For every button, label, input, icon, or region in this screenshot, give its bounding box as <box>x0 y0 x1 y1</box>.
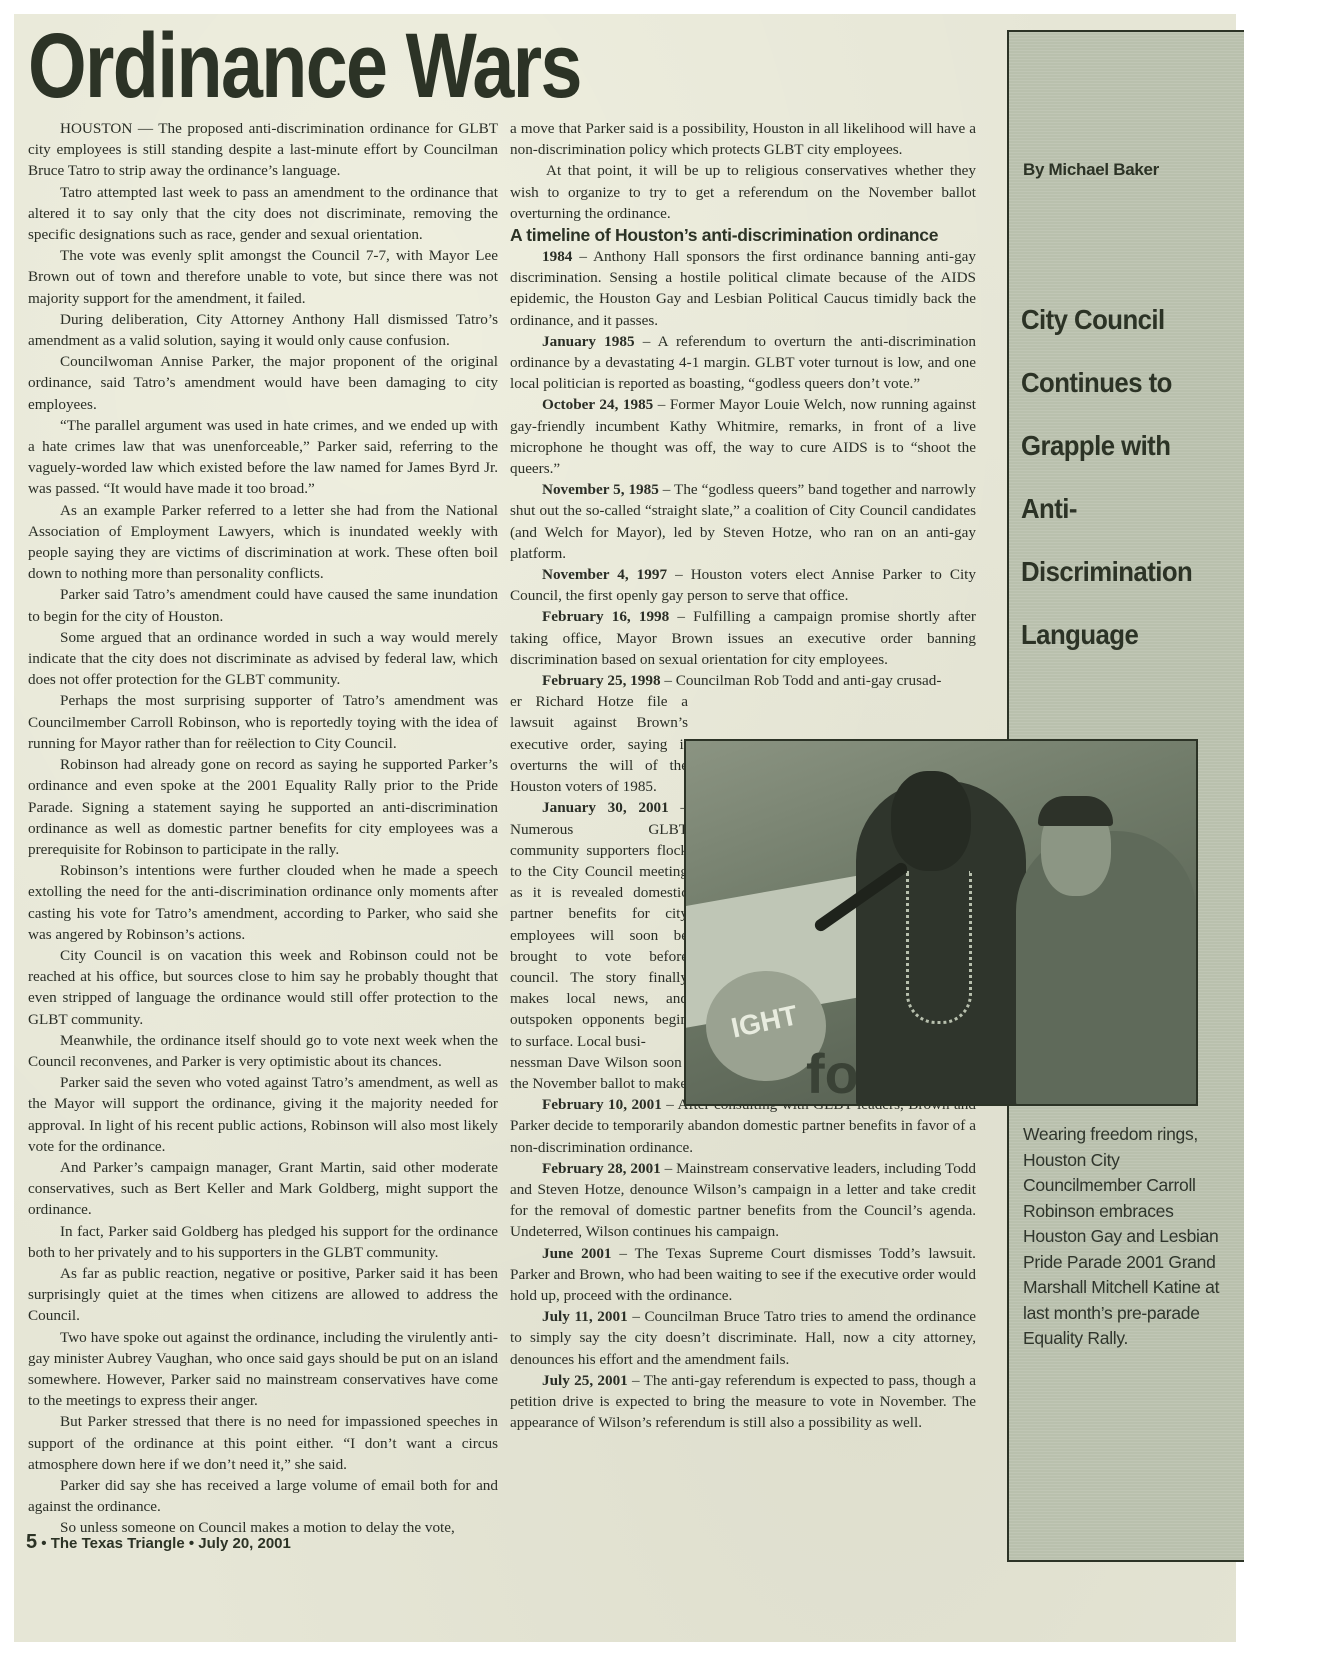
timeline-entry: February 25, 1998 – Councilman Rob Todd … <box>510 670 976 691</box>
person-right-hair <box>1038 796 1113 826</box>
subheadline-line: Language <box>1021 603 1233 666</box>
paragraph: At that point, it will be up to religiou… <box>510 160 976 224</box>
subheadline-line: Continues to <box>1021 351 1233 414</box>
timeline-date: November 5, 1985 <box>542 481 659 498</box>
byline: By Michael Baker <box>1023 160 1159 180</box>
timeline-entry: July 25, 2001 – The anti-gay referendum … <box>510 1370 976 1434</box>
newspaper-page: Ordinance Wars HOUSTON — The proposed an… <box>14 14 1236 1642</box>
timeline-date: October 24, 1985 <box>542 396 653 413</box>
timeline-entry: October 24, 1985 – Former Mayor Louie We… <box>510 394 976 479</box>
article-continuation: a move that Parker said is a possibility… <box>510 118 976 224</box>
timeline-date: November 4, 1997 <box>542 566 667 583</box>
paragraph: Councilwoman Annise Parker, the major pr… <box>28 351 498 415</box>
paragraph: During deliberation, City Attorney Antho… <box>28 309 498 351</box>
subheadline-line: Anti- <box>1021 477 1233 540</box>
paragraph: As an example Parker referred to a lette… <box>28 500 498 585</box>
paragraph: Perhaps the most surprising supporter of… <box>28 690 498 754</box>
rally-photo: IGHT for <box>684 739 1198 1106</box>
paragraph: The vote was evenly split amongst the Co… <box>28 245 498 309</box>
subheadline-line: City Council <box>1021 288 1233 351</box>
timeline-entry: June 2001 – The Texas Supreme Court dism… <box>510 1243 976 1307</box>
timeline-text: – Numerous GLBT community supporters flo… <box>510 799 688 1049</box>
photo-caption: Wearing freedom rings, Houston City Coun… <box>1023 1122 1238 1352</box>
paragraph: Parker did say she has received a large … <box>28 1475 498 1517</box>
timeline-date: July 25, 2001 <box>542 1372 628 1389</box>
timeline-entry: November 4, 1997 – Houston voters elect … <box>510 564 976 606</box>
paragraph: Robinson’s intentions were further cloud… <box>28 860 498 945</box>
paragraph: “The parallel argument was used in hate … <box>28 415 498 500</box>
paragraph: City Council is on vacation this week an… <box>28 945 498 1030</box>
paragraph: Tatro attempted last week to pass an ame… <box>28 182 498 246</box>
timeline-date: January 30, 2001 <box>542 799 669 816</box>
subheadline-line: Grapple with <box>1021 414 1233 477</box>
timeline-entry: February 28, 2001 – Mainstream conservat… <box>510 1158 976 1243</box>
paragraph: Meanwhile, the ordinance itself should g… <box>28 1030 498 1072</box>
timeline-date: 1984 <box>542 248 572 265</box>
timeline-entry: February 16, 1998 – Fulfilling a campaig… <box>510 606 976 670</box>
page-number: 5 <box>26 1531 37 1553</box>
timeline-date: February 10, 2001 <box>542 1096 662 1113</box>
timeline-entry: January 30, 2001 – Numerous GLBT communi… <box>510 797 688 1051</box>
paragraph: In fact, Parker said Goldberg has pledge… <box>28 1221 498 1263</box>
timeline-entry: 1984 – Anthony Hall sponsors the first o… <box>510 246 976 331</box>
paragraph: Parker said Tatro’s amendment could have… <box>28 584 498 626</box>
person-left-head <box>891 771 971 871</box>
paragraph: a move that Parker said is a possibility… <box>510 118 976 160</box>
timeline-entry: November 5, 1985 – The “godless queers” … <box>510 479 976 564</box>
freedom-rings-necklace <box>906 871 972 1024</box>
paragraph: HOUSTON — The proposed anti-discriminati… <box>28 118 498 182</box>
paragraph: Some argued that an ordinance worded in … <box>28 627 498 691</box>
paragraph: Two have spoke out against the ordinance… <box>28 1327 498 1412</box>
timeline-text: er Richard Hotze file a lawsuit against … <box>510 693 688 795</box>
timeline-entry-continued: er Richard Hotze file a lawsuit against … <box>510 691 688 797</box>
subheadline: City Council Continues to Grapple with A… <box>1021 288 1233 666</box>
paragraph: And Parker’s campaign manager, Grant Mar… <box>28 1157 498 1221</box>
timeline-text: – Anthony Hall sponsors the first ordina… <box>510 248 976 329</box>
timeline-entry: July 11, 2001 – Councilman Bruce Tatro t… <box>510 1306 976 1370</box>
paragraph: But Parker stressed that there is no nee… <box>28 1411 498 1475</box>
timeline-text: – Councilman Rob Todd and anti-gay crusa… <box>661 672 942 689</box>
paragraph: Robinson had already gone on record as s… <box>28 754 498 860</box>
timeline-date: January 1985 <box>542 333 635 350</box>
timeline-date: July 11, 2001 <box>542 1308 628 1325</box>
page-footer: 5 • The Texas Triangle • July 20, 2001 <box>26 1531 291 1554</box>
timeline-date: February 25, 1998 <box>542 672 661 689</box>
footer-separator: • <box>189 1535 194 1552</box>
publication-name: The Texas Triangle <box>51 1535 185 1552</box>
timeline-date: February 28, 2001 <box>542 1160 661 1177</box>
headline: Ordinance Wars <box>28 20 581 112</box>
footer-separator: • <box>41 1535 46 1552</box>
paragraph: Parker said the seven who voted against … <box>28 1072 498 1157</box>
paragraph: As far as public reaction, negative or p… <box>28 1263 498 1327</box>
issue-date: July 20, 2001 <box>198 1535 291 1552</box>
subheadline-line: Discrimination <box>1021 540 1233 603</box>
timeline-date: February 16, 1998 <box>542 608 669 625</box>
timeline-date: June 2001 <box>542 1245 612 1262</box>
timeline-heading: A timeline of Houston’s anti-discriminat… <box>510 224 976 246</box>
article-column-1: HOUSTON — The proposed anti-discriminati… <box>28 118 498 1539</box>
timeline-entry: January 1985 – A referendum to overturn … <box>510 331 976 395</box>
